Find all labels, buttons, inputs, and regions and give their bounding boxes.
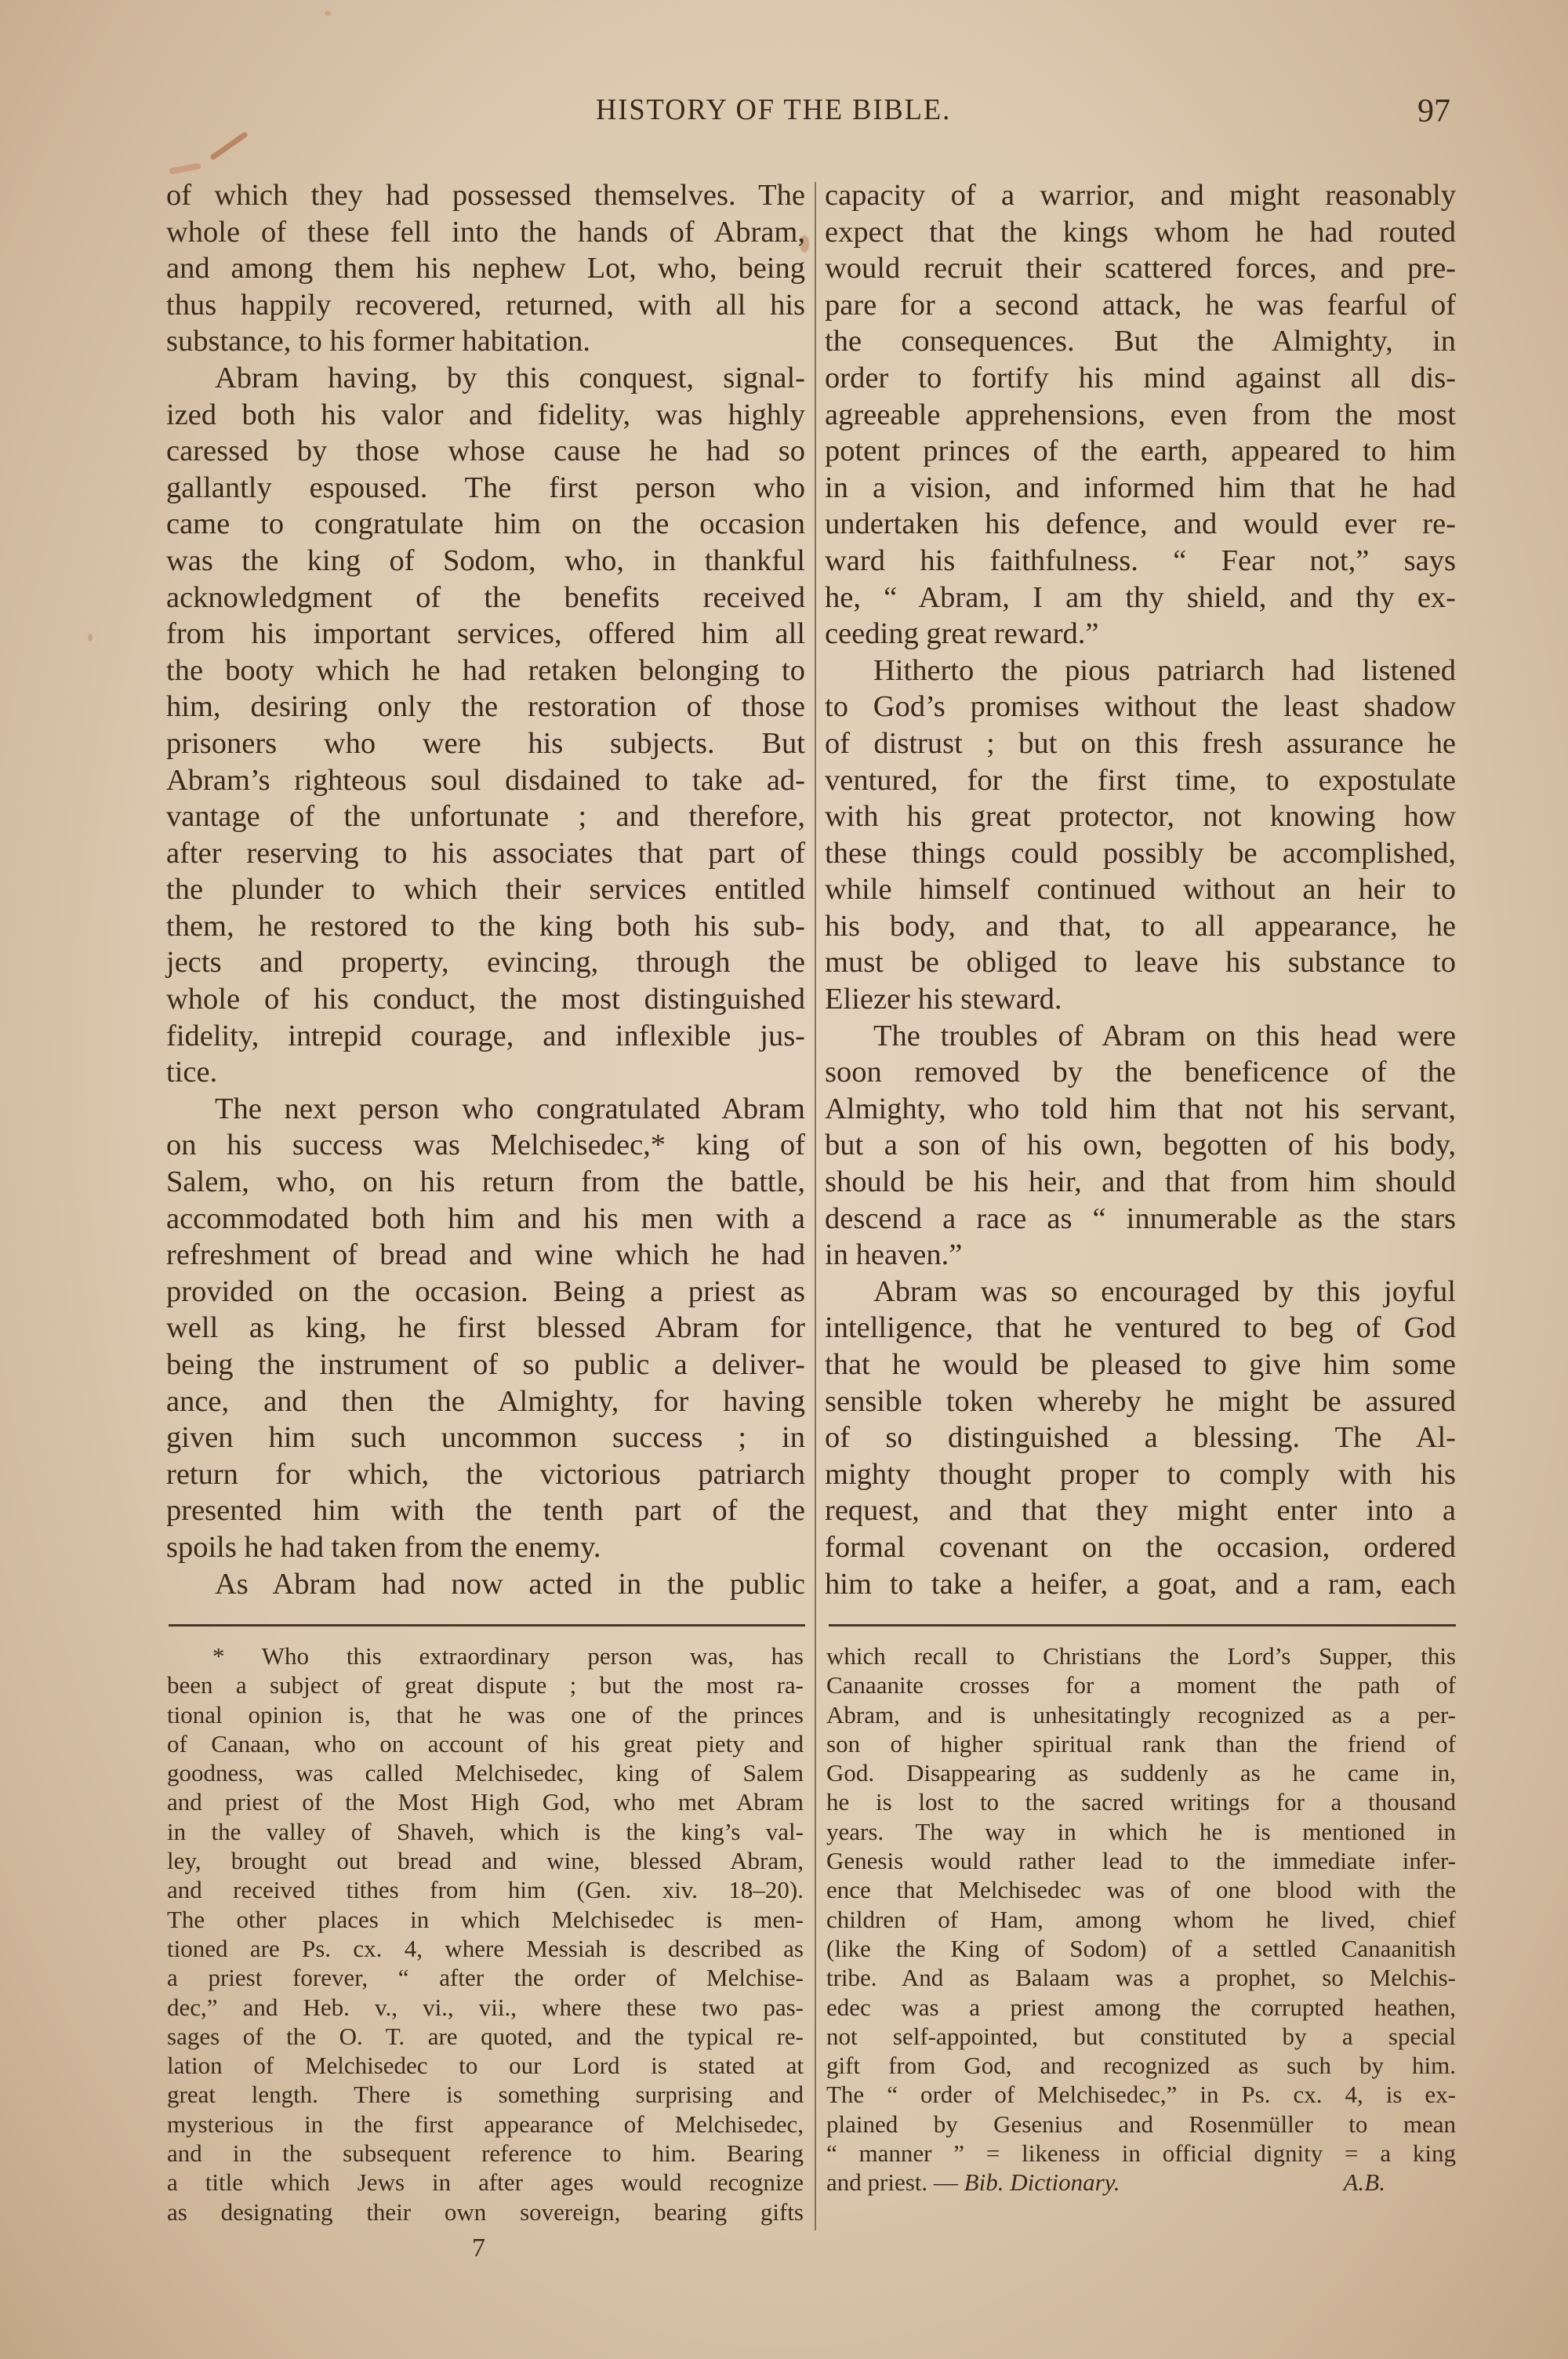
text-line: Hitherto the pious patriarch had listene… <box>825 652 1456 689</box>
text-line: Abram was so encouraged by this joyful <box>825 1274 1456 1310</box>
text-line: intelligence, that he ventured to beg of… <box>825 1310 1456 1347</box>
text-line: of so distinguished a blessing. The Al- <box>825 1419 1456 1456</box>
text-line: formal covenant on the occasion, ordered <box>825 1529 1456 1566</box>
text-line: fidelity, intrepid courage, and inflexib… <box>166 1018 805 1055</box>
text-line: children of Ham, among whom he lived, ch… <box>826 1905 1456 1934</box>
text-line: ley, brought out bread and wine, blessed… <box>167 1846 804 1875</box>
text-line: of Canaan, who on account of his great p… <box>167 1729 804 1758</box>
text-line: whole of his conduct, the most distingui… <box>166 981 805 1018</box>
text-line: mighty thought proper to comply with his <box>825 1456 1456 1493</box>
text-line: ward his faithfulness. “ Fear not,” says <box>825 543 1456 580</box>
text-line: provided on the occasion. Being a priest… <box>166 1274 805 1310</box>
text-line: was the king of Sodom, who, in thankful <box>166 543 805 580</box>
text-line: dec,” and Heb. v., vi., vii., where thes… <box>167 1993 804 2022</box>
text-line: mysterious in the first appearance of Me… <box>167 2110 804 2139</box>
text-line: * Who this extraordinary person was, has <box>167 1641 804 1670</box>
text-line: in a vision, and informed him that he ha… <box>825 470 1456 507</box>
text-line: on his success was Melchisedec,* king of <box>166 1127 805 1164</box>
text-line: acknowledgment of the benefits received <box>166 580 805 616</box>
text-line: The troubles of Abram on this head were <box>825 1018 1456 1055</box>
text-line: tice. <box>166 1054 805 1091</box>
text-line: sages of the O. T. are quoted, and the t… <box>167 2022 804 2051</box>
text-line: and among them his nephew Lot, who, bein… <box>166 250 805 287</box>
text-line: Salem, who, on his return from the battl… <box>166 1164 805 1201</box>
body-column-right: capacity of a warrior, and might reasona… <box>825 177 1456 1602</box>
text-line: his body, and that, to all appearance, h… <box>825 908 1456 945</box>
footnote-column-right: which recall to Christians the Lord’s Su… <box>826 1641 1456 2197</box>
text-line: ized both his valor and fidelity, was hi… <box>166 397 805 434</box>
text-line: potent princes of the earth, appeared to… <box>825 433 1456 470</box>
text-line: accommodated both him and his men with a <box>166 1201 805 1238</box>
text-line: The other places in which Melchisedec is… <box>167 1905 804 1934</box>
text-line: God. Disappearing as suddenly as he came… <box>826 1758 1456 1787</box>
text-line: sensible token whereby he might be assur… <box>825 1383 1456 1420</box>
text-line: tional opinion is, that he was one of th… <box>167 1700 804 1729</box>
text-line: him to take a heifer, a goat, and a ram,… <box>825 1566 1456 1603</box>
text-line: goodness, was called Melchisedec, king o… <box>167 1758 804 1787</box>
text-line: while himself continued without an heir … <box>825 871 1456 908</box>
text-line: descend a race as “ innumerable as the s… <box>825 1201 1456 1238</box>
text-line: and received tithes from him (Gen. xiv. … <box>167 1875 804 1904</box>
page-number: 97 <box>1417 93 1450 130</box>
footnote-signature: A.B. <box>1344 2168 1385 2197</box>
column-divider <box>815 182 816 2230</box>
text-line: spoils he had taken from the enemy. <box>166 1529 805 1566</box>
footnote-rule-right <box>829 1624 1456 1627</box>
text-line: and priest of the Most High God, who met… <box>167 1787 804 1816</box>
text-line: agreeable apprehensions, even from the m… <box>825 397 1456 434</box>
text-line: ventured, for the first time, to expostu… <box>825 762 1456 799</box>
text-line: that he would be pleased to give him som… <box>825 1347 1456 1383</box>
text-line: came to congratulate him on the occasion <box>166 506 805 543</box>
text-line: he, “ Abram, I am thy shield, and thy ex… <box>825 580 1456 616</box>
text-line: presented him with the tenth part of the <box>166 1492 805 1529</box>
text-line: return for which, the victorious patriar… <box>166 1456 805 1493</box>
page-header: HISTORY OF THE BIBLE. 97 <box>0 93 1568 140</box>
text-line: must be obliged to leave his substance t… <box>825 944 1456 981</box>
text-line: the consequences. But the Almighty, in <box>825 323 1456 360</box>
text-line: pare for a second attack, he was fearful… <box>825 287 1456 324</box>
text-line: well as king, he first blessed Abram for <box>166 1310 805 1347</box>
text-line: in heaven.” <box>825 1237 1456 1274</box>
text-line: from his important services, offered him… <box>166 616 805 652</box>
text-line: As Abram had now acted in the public <box>166 1566 805 1603</box>
text-line: vantage of the unfortunate ; and therefo… <box>166 798 805 835</box>
text-line: Abram having, by this conquest, signal- <box>166 360 805 397</box>
text-line: whole of these fell into the hands of Ab… <box>166 214 805 251</box>
text-line: ence that Melchisedec was of one blood w… <box>826 1875 1456 1904</box>
text-line: capacity of a warrior, and might reasona… <box>825 177 1456 214</box>
text-line: thus happily recovered, returned, with a… <box>166 287 805 324</box>
text-line: being the instrument of so public a deli… <box>166 1347 805 1383</box>
text-line: of distrust ; but on this fresh assuranc… <box>825 725 1456 762</box>
footnote-column-left: * Who this extraordinary person was, has… <box>167 1641 804 2226</box>
text-line: him, desiring only the restoration of th… <box>166 689 805 725</box>
signature-mark: 7 <box>472 2234 485 2263</box>
text-line: Eliezer his steward. <box>825 981 1456 1018</box>
text-line: caressed by those whose cause he had so <box>166 433 805 470</box>
text-line: gallantly espoused. The first person who <box>166 470 805 507</box>
text-line: in the valley of Shaveh, which is the ki… <box>167 1817 804 1846</box>
text-line: request, and that they might enter into … <box>825 1492 1456 1529</box>
text-line: should be his heir, and that from him sh… <box>825 1164 1456 1201</box>
text-line: them, he restored to the king both his s… <box>166 908 805 945</box>
footnote-closing-text: and priest. — <box>826 2168 958 2196</box>
text-line: substance, to his former habitation. <box>166 323 805 360</box>
text-line: Genesis would rather lead to the immedia… <box>826 1846 1456 1875</box>
text-line: been a subject of great dispute ; but th… <box>167 1670 804 1699</box>
text-line: great length. There is something surpris… <box>167 2080 804 2109</box>
text-line: Abram’s righteous soul disdained to take… <box>166 762 805 799</box>
text-line: of which they had possessed themselves. … <box>166 177 805 214</box>
text-line: jects and property, evincing, through th… <box>166 944 805 981</box>
text-line: the plunder to which their services enti… <box>166 871 805 908</box>
text-line: to God’s promises without the least shad… <box>825 689 1456 725</box>
text-line: soon removed by the beneficence of the <box>825 1054 1456 1091</box>
text-line: (like the King of Sodom) of a settled Ca… <box>826 1934 1456 1963</box>
footnote-closing-line: and priest. — Bib. Dictionary. A.B. <box>826 2168 1456 2197</box>
text-line: but a son of his own, begotten of his bo… <box>825 1127 1456 1164</box>
text-line: the booty which he had retaken belonging… <box>166 652 805 689</box>
text-line: undertaken his defence, and would ever r… <box>825 506 1456 543</box>
text-line: lation of Melchisedec to our Lord is sta… <box>167 2051 804 2080</box>
text-line: years. The way in which he is mentioned … <box>826 1817 1456 1846</box>
text-line: The next person who congratulated Abram <box>166 1091 805 1128</box>
text-line: edec was a priest among the corrupted he… <box>826 1993 1456 2022</box>
text-line: Canaanite crosses for a moment the path … <box>826 1670 1456 1699</box>
text-line: a priest forever, “ after the order of M… <box>167 1963 804 1992</box>
text-line: a title which Jews in after ages would r… <box>167 2168 804 2197</box>
text-line: ceeding great reward.” <box>825 616 1456 652</box>
text-line: after reserving to his associates that p… <box>166 835 805 872</box>
text-line: these things could possibly be accomplis… <box>825 835 1456 872</box>
text-line: given him such uncommon success ; in <box>166 1419 805 1456</box>
footnote-source: Bib. Dictionary. <box>964 2168 1120 2196</box>
text-line: gift from God, and recognized as such by… <box>826 2051 1456 2080</box>
text-line: son of higher spiritual rank than the fr… <box>826 1729 1456 1758</box>
text-line: tribe. And as Balaam was a prophet, so M… <box>826 1963 1456 1992</box>
paper-stain <box>325 11 331 16</box>
text-line: ance, and then the Almighty, for having <box>166 1383 805 1420</box>
text-line: tioned are Ps. cx. 4, where Messiah is d… <box>167 1934 804 1963</box>
text-line: The “ order of Melchisedec,” in Ps. cx. … <box>826 2080 1456 2109</box>
text-line: with his great protector, not knowing ho… <box>825 798 1456 835</box>
text-line: Almighty, who told him that not his serv… <box>825 1091 1456 1128</box>
text-line: Abram, and is unhesitatingly recognized … <box>826 1700 1456 1729</box>
text-line: and in the subsequent reference to him. … <box>167 2139 804 2168</box>
text-line: which recall to Christians the Lord’s Su… <box>826 1641 1456 1670</box>
body-column-left: of which they had possessed themselves. … <box>166 177 805 1602</box>
text-line: plained by Gesenius and Rosenmüller to m… <box>826 2110 1456 2139</box>
text-line: “ manner ” = likeness in official dignit… <box>826 2139 1456 2168</box>
text-line: would recruit their scattered forces, an… <box>825 250 1456 287</box>
text-line: as designating their own sovereign, bear… <box>167 2197 804 2226</box>
text-line: he is lost to the sacred writings for a … <box>826 1787 1456 1816</box>
paper-stain <box>88 634 93 642</box>
running-title: HISTORY OF THE BIBLE. <box>596 93 951 127</box>
text-line: expect that the kings whom he had routed <box>825 214 1456 251</box>
text-line: order to fortify his mind against all di… <box>825 360 1456 397</box>
text-line: prisoners who were his subjects. But <box>166 725 805 762</box>
text-line: not self-appointed, but constituted by a… <box>826 2022 1456 2051</box>
text-line: refreshment of bread and wine which he h… <box>166 1237 805 1274</box>
footnote-rule-left <box>169 1624 805 1627</box>
